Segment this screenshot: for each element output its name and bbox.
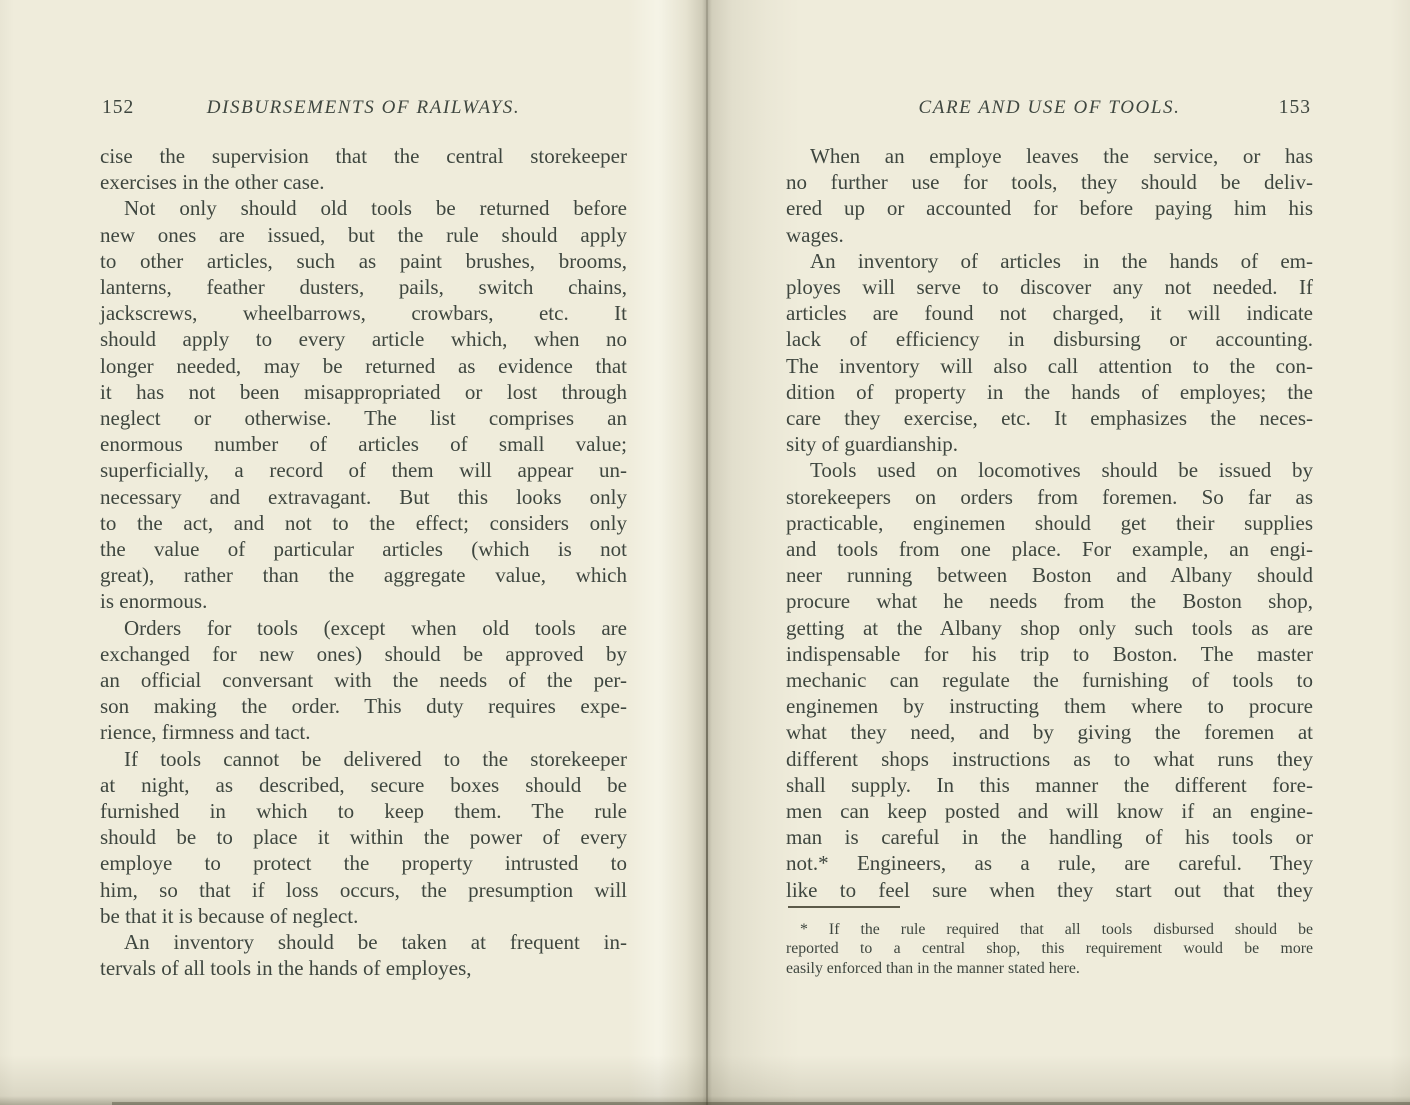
text-line: like to feel sure when they start out th… [786, 877, 1313, 903]
right-page-number: 153 [1279, 97, 1311, 119]
right-page-body: When an employe leaves the service, or h… [786, 143, 1313, 903]
text-line: articles are found not charged, it will … [786, 300, 1313, 326]
text-line: jackscrews, wheelbarrows, crowbars, etc.… [100, 300, 627, 326]
text-line: Tools used on locomotives should be issu… [786, 457, 1313, 483]
footnote-line: reported to a central shop, this require… [786, 939, 1313, 959]
text-line: should be to place it within the power o… [100, 824, 627, 850]
text-line: no further use for tools, they should be… [786, 169, 1313, 195]
text-line: superficially, a record of them will app… [100, 457, 627, 483]
right-page-header: CARE AND USE OF TOOLS. 153 [786, 97, 1313, 123]
paragraph: cise the supervision that the central st… [100, 143, 627, 195]
text-line: tervals of all tools in the hands of emp… [100, 955, 627, 981]
text-line: him, so that if loss occurs, the presump… [100, 877, 627, 903]
left-running-head: DISBURSEMENTS OF RAILWAYS. [100, 97, 627, 119]
left-page-body: cise the supervision that the central st… [100, 143, 627, 982]
text-line: men can keep posted and will know if an … [786, 798, 1313, 824]
footnote-body: * If the rule required that all tools di… [786, 920, 1313, 979]
text-line: mechanic can regulate the furnishing of … [786, 667, 1313, 693]
text-line: neer running between Boston and Albany s… [786, 562, 1313, 588]
paragraph: Tools used on locomotives should be issu… [786, 457, 1313, 902]
paragraph: Orders for tools (except when old tools … [100, 615, 627, 746]
text-line: man is careful in the handling of his to… [786, 824, 1313, 850]
text-line: enginemen by instructing them where to p… [786, 693, 1313, 719]
text-line: getting at the Albany shop only such too… [786, 615, 1313, 641]
book-spread: 152 DISBURSEMENTS OF RAILWAYS. cise the … [0, 0, 1410, 1105]
text-line: cise the supervision that the central st… [100, 143, 627, 169]
text-line: what they need, and by giving the foreme… [786, 719, 1313, 745]
text-line: indispensable for his trip to Boston. Th… [786, 641, 1313, 667]
text-line: great), rather than the aggregate value,… [100, 562, 627, 588]
text-line: furnished in which to keep them. The rul… [100, 798, 627, 824]
text-line: at night, as described, secure boxes sho… [100, 772, 627, 798]
text-line: different shops instructions as to what … [786, 746, 1313, 772]
paragraph: When an employe leaves the service, or h… [786, 143, 1313, 248]
text-line: it has not been misappropriated or lost … [100, 379, 627, 405]
left-page: 152 DISBURSEMENTS OF RAILWAYS. cise the … [100, 97, 627, 982]
text-line: employe to protect the property intruste… [100, 850, 627, 876]
text-line: be that it is because of neglect. [100, 903, 627, 929]
text-line: exercises in the other case. [100, 169, 627, 195]
text-line: care they exercise, etc. It emphasizes t… [786, 405, 1313, 431]
text-line: wages. [786, 222, 1313, 248]
text-line: lanterns, feather dusters, pails, switch… [100, 274, 627, 300]
text-line: ployes will serve to discover any not ne… [786, 274, 1313, 300]
footnote-rule [788, 906, 900, 908]
text-line: an official conversant with the needs of… [100, 667, 627, 693]
paragraph: An inventory of articles in the hands of… [786, 248, 1313, 458]
text-line: dition of property in the hands of emplo… [786, 379, 1313, 405]
text-line: son making the order. This duty requires… [100, 693, 627, 719]
text-line: practicable, enginemen should get their … [786, 510, 1313, 536]
text-line: If tools cannot be delivered to the stor… [100, 746, 627, 772]
text-line: neglect or otherwise. The list comprises… [100, 405, 627, 431]
text-line: lack of efficiency in disbursing or acco… [786, 326, 1313, 352]
right-page: CARE AND USE OF TOOLS. 153 When an emplo… [786, 97, 1313, 979]
paragraph: An inventory should be taken at frequent… [100, 929, 627, 981]
text-line: exchanged for new ones) should be approv… [100, 641, 627, 667]
text-line: and tools from one place. For example, a… [786, 536, 1313, 562]
text-line: procure what he needs from the Boston sh… [786, 588, 1313, 614]
text-line: Orders for tools (except when old tools … [100, 615, 627, 641]
text-line: rience, firmness and tact. [100, 719, 627, 745]
text-line: not.* Engineers, as a rule, are careful.… [786, 850, 1313, 876]
footnote-line: easily enforced than in the manner state… [786, 959, 1313, 979]
footnote-line: * If the rule required that all tools di… [786, 920, 1313, 940]
text-line: new ones are issued, but the rule should… [100, 222, 627, 248]
text-line: to other articles, such as paint brushes… [100, 248, 627, 274]
text-line: An inventory should be taken at frequent… [100, 929, 627, 955]
left-page-header: 152 DISBURSEMENTS OF RAILWAYS. [100, 97, 627, 123]
right-running-head: CARE AND USE OF TOOLS. [786, 97, 1313, 119]
text-line: An inventory of articles in the hands of… [786, 248, 1313, 274]
text-line: longer needed, may be returned as eviden… [100, 353, 627, 379]
text-line: enormous number of articles of small val… [100, 431, 627, 457]
text-line: The inventory will also call attention t… [786, 353, 1313, 379]
text-line: should apply to every article which, whe… [100, 326, 627, 352]
text-line: ered up or accounted for before paying h… [786, 195, 1313, 221]
text-line: necessary and extravagant. But this look… [100, 484, 627, 510]
text-line: the value of particular articles (which … [100, 536, 627, 562]
text-line: storekeepers on orders from foremen. So … [786, 484, 1313, 510]
footnote: * If the rule required that all tools di… [786, 906, 1313, 979]
gutter-crease [706, 0, 708, 1105]
text-line: to the act, and not to the effect; consi… [100, 510, 627, 536]
paragraph: If tools cannot be delivered to the stor… [100, 746, 627, 929]
paragraph: Not only should old tools be returned be… [100, 195, 627, 614]
text-line: When an employe leaves the service, or h… [786, 143, 1313, 169]
text-line: is enormous. [100, 588, 627, 614]
text-line: Not only should old tools be returned be… [100, 195, 627, 221]
text-line: sity of guardianship. [786, 431, 1313, 457]
text-line: shall supply. In this manner the differe… [786, 772, 1313, 798]
